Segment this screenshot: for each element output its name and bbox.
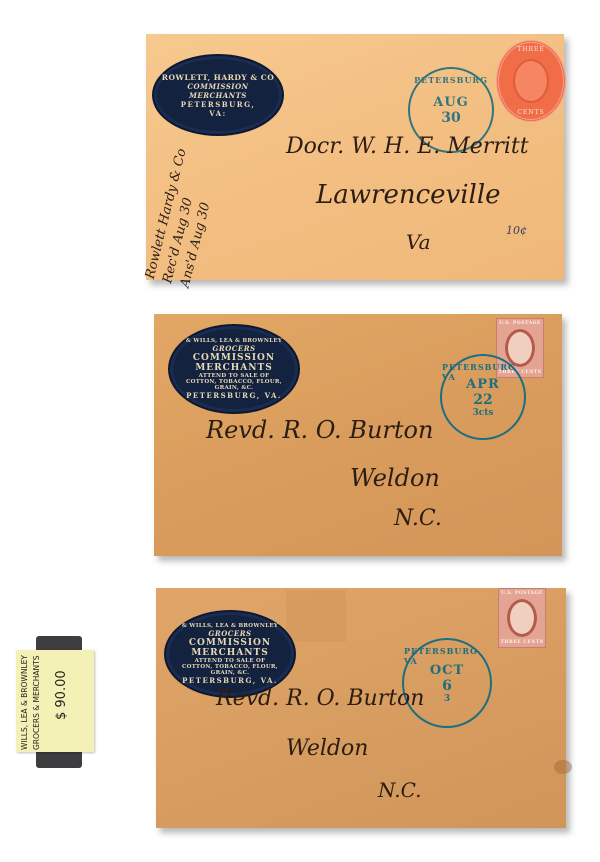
corner-card-line: GROCERS [208, 629, 251, 638]
address-line-2: Weldon [350, 464, 440, 492]
postmark-day: 6 [442, 678, 452, 694]
corner-card-line: COMMISSION [193, 353, 275, 363]
postmark: PETERSBURG VA OCT 6 3 [402, 638, 492, 728]
docket-notation: Rowlett Hardy & Co Rec'd Aug 30 Ans'd Au… [142, 92, 240, 289]
corner-card-firm: ROWLETT, HARDY & CO [162, 73, 274, 82]
washington-portrait-icon [507, 599, 537, 637]
stamp-text-bottom: THREE CENTS [501, 640, 544, 645]
corner-card-wills-lea-brownley: & WILLS, LEA & BROWNLEY GROCERS COMMISSI… [164, 610, 296, 698]
postmark-day: 22 [473, 392, 492, 408]
address-line-2: Lawrenceville [316, 180, 501, 210]
corner-card-line: GROCERS [212, 344, 255, 353]
corner-card-line: MERCHANTS [195, 363, 272, 373]
cover-wills-lea-brownley-2: & WILLS, LEA & BROWNLEY GROCERS COMMISSI… [156, 588, 566, 828]
postmark-town: PETERSBURG VA [442, 362, 524, 382]
postmark-town: PETERSBURG VA [404, 646, 490, 666]
postmark-town: PETERSBURG [414, 75, 488, 85]
foxing-stain [554, 760, 572, 774]
stamp-text-top: U.S. POSTAGE [499, 321, 541, 326]
postmark-day: 30 [441, 110, 460, 126]
cover-wills-lea-brownley-1: & WILLS, LEA & BROWNLEY GROCERS COMMISSI… [154, 314, 562, 556]
postmark-rate: 3 [444, 694, 450, 704]
corner-card-line: COMMISSION [189, 638, 271, 648]
stamp-text-top: THREE [517, 46, 545, 53]
adhesive-stamp: U.S. POSTAGE THREE CENTS [498, 588, 546, 648]
address-line-1: Revd. R. O. Burton [216, 686, 424, 711]
corner-card-wills-lea-brownley: & WILLS, LEA & BROWNLEY GROCERS COMMISSI… [168, 324, 300, 414]
corner-card-city: PETERSBURG, VA. [182, 676, 278, 685]
postmark-rate: 3cts [473, 408, 494, 418]
dealer-price-tag: WILLS, LEA & BROWNLEY GROCERS & MERCHANT… [16, 650, 94, 752]
tag-price: $ 90.00 [54, 670, 69, 720]
address-line-3: N.C. [394, 506, 442, 531]
tag-line-2: GROCERS & MERCHANTS [32, 656, 41, 751]
postmark: PETERSBURG VA APR 22 3cts [440, 354, 526, 440]
embossed-stamp: THREE CENTS [496, 40, 566, 122]
address-line-3: Va [406, 230, 431, 254]
corner-card-line: MERCHANTS [191, 648, 268, 658]
corner-card-line: COMMISSION [187, 82, 248, 91]
stamp-text-top: U.S. POSTAGE [501, 591, 543, 596]
tag-line-1: WILLS, LEA & BROWNLEY [20, 655, 29, 750]
washington-portrait-icon [513, 59, 549, 103]
paper-discoloration [286, 590, 346, 642]
address-line-1: Revd. R. O. Burton [206, 416, 433, 444]
address-line-1: Docr. W. H. E. Merritt [286, 134, 529, 159]
cover-rowlett-hardy: ROWLETT, HARDY & CO COMMISSION MERCHANTS… [146, 34, 564, 280]
address-line-3: N.C. [378, 778, 422, 802]
stamp-text-bottom: CENTS [517, 109, 544, 116]
corner-card-city: PETERSBURG, VA. [186, 391, 282, 400]
postmark-month: AUG [433, 95, 469, 110]
address-line-2: Weldon [286, 736, 368, 761]
rate-notation: 10¢ [506, 224, 527, 237]
